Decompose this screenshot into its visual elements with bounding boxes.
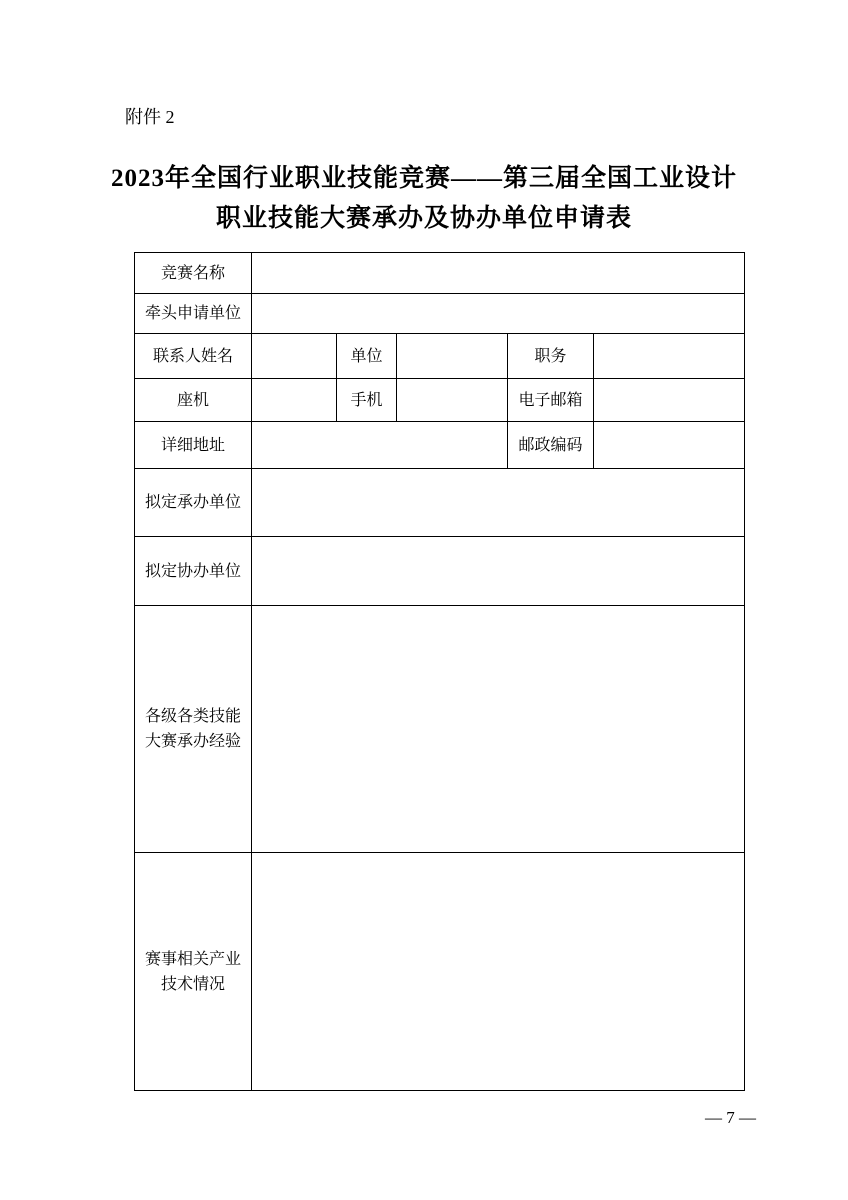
table-row-skills-competition-experience: 各级各类技能 大赛承办经验 [135, 606, 745, 853]
table-row-address: 详细地址 邮政编码 [135, 422, 745, 469]
postal-code-label: 邮政编码 [508, 422, 594, 469]
table-row-proposed-organizer: 拟定承办单位 [135, 469, 745, 537]
attachment-label: 附件 2 [125, 104, 175, 130]
table-row-contact: 联系人姓名 单位 职务 [135, 334, 745, 379]
competition-name-value-cell [252, 253, 745, 294]
mobile-value-cell [397, 379, 508, 422]
postal-code-value-cell [594, 422, 745, 469]
contact-position-value-cell [594, 334, 745, 379]
document-title: 2023年全国行业职业技能竞赛——第三届全国工业设计 职业技能大赛承办及协办单位… [0, 159, 848, 239]
page-number: — 7 — [705, 1106, 756, 1130]
table-row-related-industry-technology: 赛事相关产业 技术情况 [135, 853, 745, 1091]
document-page: 附件 2 2023年全国行业职业技能竞赛——第三届全国工业设计 职业技能大赛承办… [0, 0, 848, 1200]
document-title-line1: 2023年全国行业职业技能竞赛——第三届全国工业设计 [0, 159, 848, 199]
contact-unit-label: 单位 [337, 334, 397, 379]
landline-label: 座机 [135, 379, 252, 422]
proposed-organizer-label: 拟定承办单位 [135, 469, 252, 537]
related-industry-technology-label: 赛事相关产业 技术情况 [135, 853, 252, 1091]
email-label: 电子邮箱 [508, 379, 594, 422]
related-industry-technology-value-cell [252, 853, 745, 1091]
contact-name-value-cell [252, 334, 337, 379]
table-row-phone-email: 座机 手机 电子邮箱 [135, 379, 745, 422]
skills-competition-experience-value-cell [252, 606, 745, 853]
proposed-co-organizer-value-cell [252, 537, 745, 606]
address-label: 详细地址 [135, 422, 252, 469]
table-row-proposed-co-organizer: 拟定协办单位 [135, 537, 745, 606]
contact-position-label: 职务 [508, 334, 594, 379]
competition-name-label: 竞赛名称 [135, 253, 252, 294]
mobile-label: 手机 [337, 379, 397, 422]
table-row-lead-applicant-unit: 牵头申请单位 [135, 294, 745, 334]
address-value-cell [252, 422, 508, 469]
proposed-co-organizer-label: 拟定协办单位 [135, 537, 252, 606]
document-title-line2: 职业技能大赛承办及协办单位申请表 [0, 199, 848, 239]
application-form-table: 竞赛名称 牵头申请单位 联系人姓名 单位 职务 座机 手机 电子邮箱 [134, 252, 745, 1091]
email-value-cell [594, 379, 745, 422]
lead-applicant-unit-label: 牵头申请单位 [135, 294, 252, 334]
table-row-competition-name: 竞赛名称 [135, 253, 745, 294]
contact-unit-value-cell [397, 334, 508, 379]
landline-value-cell [252, 379, 337, 422]
lead-applicant-unit-value-cell [252, 294, 745, 334]
contact-name-label: 联系人姓名 [135, 334, 252, 379]
skills-competition-experience-label: 各级各类技能 大赛承办经验 [135, 606, 252, 853]
proposed-organizer-value-cell [252, 469, 745, 537]
